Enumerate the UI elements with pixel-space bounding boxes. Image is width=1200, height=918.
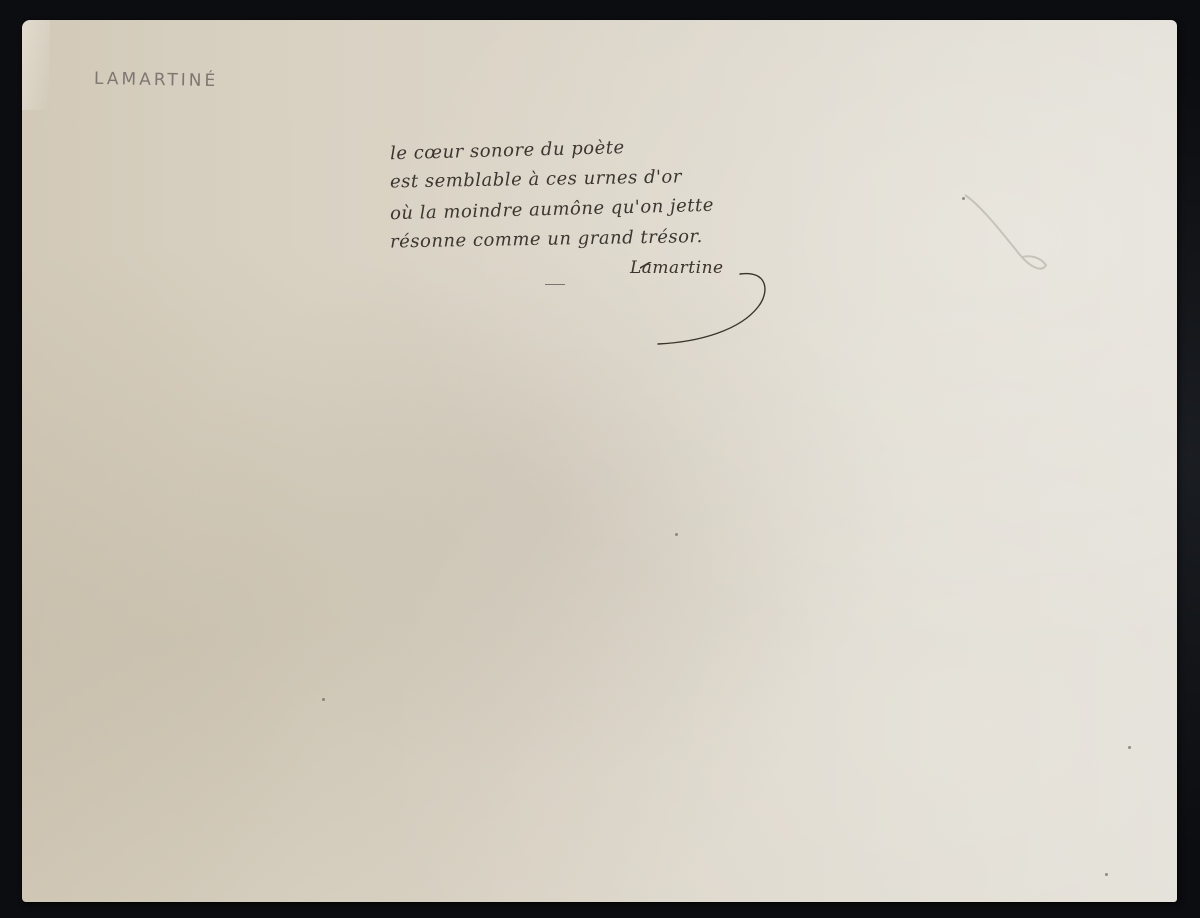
- paper-speck: [675, 533, 678, 536]
- ink-dash: [545, 284, 565, 285]
- paper-speck: [962, 197, 965, 200]
- paper-speck: [322, 698, 325, 701]
- verse-line-4: résonne comme un grand trésor.: [390, 221, 790, 258]
- manuscript-verse: le cœur sonore du poète est semblable à …: [390, 134, 790, 254]
- paper-speck: [1128, 746, 1131, 749]
- pencil-annotation: LAMARTINÉ: [94, 69, 219, 91]
- paper-speck: [1105, 873, 1108, 876]
- signature: Lamartine: [630, 258, 724, 278]
